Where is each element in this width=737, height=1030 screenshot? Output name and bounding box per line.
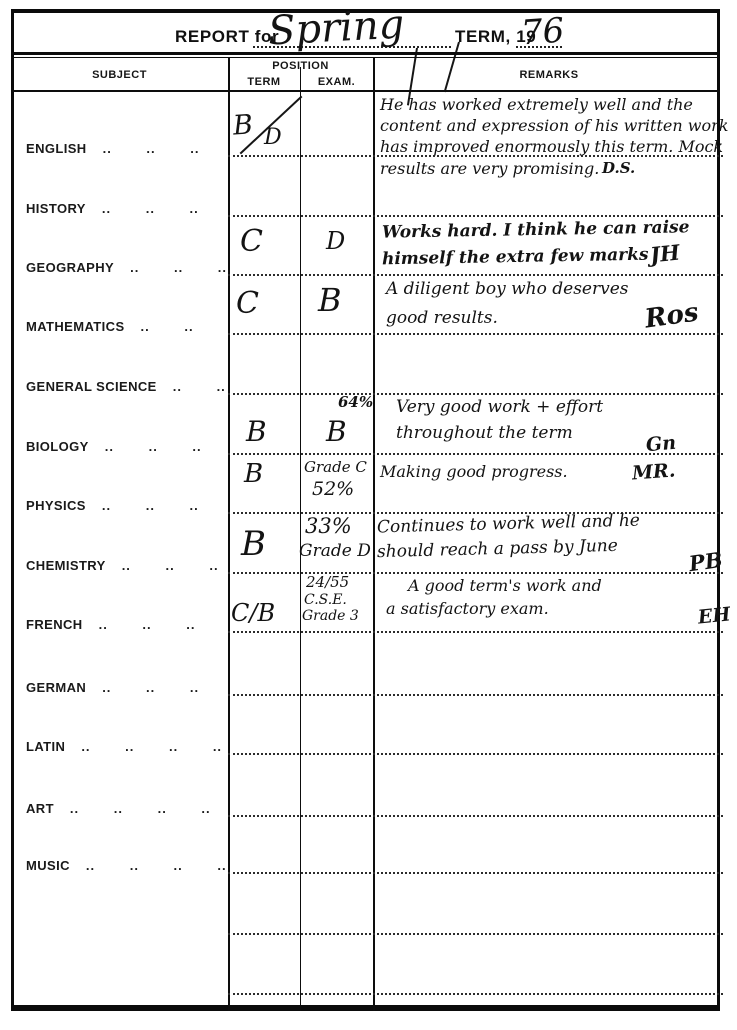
subject-column-divider (228, 58, 230, 1011)
row-separator (228, 393, 723, 395)
dot-leaders: .. .. .. (99, 617, 196, 632)
physics-exam-percentage: 52% (312, 477, 354, 502)
french-remark-line: a satisfactory exam. (386, 599, 549, 620)
subject-name: PHYSICS (26, 498, 86, 513)
dot-leaders: .. .. .. (102, 680, 199, 695)
subject-name: GENERAL SCIENCE (26, 379, 157, 394)
subject-name: LATIN (26, 739, 65, 754)
row-separator (228, 631, 723, 633)
subject-name: MATHEMATICS (26, 319, 125, 334)
geography-teacher-initials: JH (649, 239, 681, 269)
french-remark-line: A good term's work and (408, 576, 602, 597)
subject-name: MUSIC (26, 858, 70, 873)
subject-label-geography: GEOGRAPHY.. .. .. (26, 260, 227, 275)
subject-label-latin: LATIN.. .. .. .. (26, 739, 222, 754)
subject-name: GERMAN (26, 680, 86, 695)
geography-exam-grade: D (326, 226, 345, 257)
english-exam-grade-d: D (264, 124, 282, 153)
handwritten-year: 76 (520, 9, 566, 56)
subject-label-history: HISTORY.. .. .. (26, 201, 199, 216)
french-exam-score: 24/55 (306, 573, 349, 593)
chemistry-term-grade: B (241, 522, 266, 566)
subject-label-mathematics: MATHEMATICS.. .. (26, 319, 194, 334)
chemistry-exam-percentage: 33% (305, 513, 352, 540)
english-remark-line: He has worked extremely well and the (380, 95, 693, 116)
dot-leaders: .. .. .. (102, 201, 199, 216)
dot-leaders: .. .. (173, 379, 226, 394)
english-remark-line: has improved enormously this term. Mock (380, 137, 723, 158)
report-for-label: REPORT for (175, 27, 279, 47)
physics-remark-line: Making good progress. (380, 462, 568, 483)
exam-column-header: EXAM. (300, 76, 373, 88)
french-teacher-initials: EH (697, 602, 732, 630)
biology-term-grade: B (246, 414, 267, 450)
english-remark-line: results are very promising. (380, 159, 599, 180)
dot-leaders: .. .. .. .. (70, 801, 211, 816)
row-separator (228, 993, 723, 995)
chemistry-teacher-initials: PB (687, 546, 724, 578)
handwritten-term-season: Spring (267, 0, 406, 58)
biology-remark-line: Very good work + effort (396, 396, 603, 418)
dot-leaders: .. .. .. .. (86, 858, 227, 873)
dot-leaders: .. .. (141, 319, 194, 334)
english-teacher-initials: D.S. (602, 159, 635, 179)
dot-leaders: .. .. .. (130, 260, 227, 275)
dot-leaders: .. .. .. (105, 439, 202, 454)
mathematics-exam-grade: B (318, 280, 342, 322)
biology-remark-line: throughout the term (396, 422, 573, 444)
subject-name: ENGLISH (26, 141, 87, 156)
subject-label-chemistry: CHEMISTRY.. .. .. (26, 558, 219, 573)
physics-teacher-initials: MR. (631, 459, 676, 487)
dot-leaders: .. .. .. (122, 558, 219, 573)
row-separator (228, 274, 723, 276)
english-term-grade-b: B (232, 107, 254, 143)
french-term-grade: C/B (231, 598, 275, 629)
biology-exam-percentage: 64% (338, 393, 373, 413)
subject-name: FRENCH (26, 617, 83, 632)
row-separator (228, 694, 723, 696)
subject-label-biology: BIOLOGY.. .. .. (26, 439, 202, 454)
physics-exam-grade: Grade C (304, 458, 367, 478)
subject-name: HISTORY (26, 201, 86, 216)
term-exam-divider (300, 67, 301, 1011)
subject-label-french: FRENCH.. .. .. (26, 617, 195, 632)
subject-label-general-science: GENERAL SCIENCE.. .. (26, 379, 226, 394)
mathematics-remark-line: good results. (386, 307, 498, 329)
year-blank-line (516, 46, 562, 48)
biology-teacher-initials: Gn (645, 431, 677, 458)
dot-leaders: .. .. .. .. (81, 739, 222, 754)
row-separator (228, 872, 723, 874)
subject-name: ART (26, 801, 54, 816)
subject-name: GEOGRAPHY (26, 260, 114, 275)
geography-remark-line: himself the extra few marks (382, 244, 649, 271)
subject-label-music: MUSIC.. .. .. .. (26, 858, 227, 873)
double-rule-thin (11, 57, 720, 58)
row-separator (228, 572, 723, 574)
mathematics-remark-line: A diligent boy who deserves (386, 278, 629, 300)
remarks-column-header: REMARKS (373, 69, 725, 81)
dot-leaders: .. .. .. (102, 498, 199, 513)
double-rule-thick (11, 52, 720, 55)
english-remark-line: content and expression of his written wo… (380, 116, 728, 137)
report-card-page: REPORT for Spring TERM, 19 76 SUBJECT PO… (0, 0, 737, 1030)
subject-name: CHEMISTRY (26, 558, 106, 573)
exam-remarks-divider (373, 58, 375, 1011)
chemistry-exam-grade: Grade D (299, 540, 371, 562)
subject-label-art: ART.. .. .. .. (26, 801, 211, 816)
subject-name: BIOLOGY (26, 439, 89, 454)
dot-leaders: .. .. .. (103, 141, 200, 156)
physics-term-grade: B (244, 458, 263, 492)
mathematics-term-grade: C (236, 284, 259, 323)
biology-exam-grade: B (326, 414, 347, 450)
row-separator (228, 933, 723, 935)
table-header-bottom-rule (11, 90, 720, 92)
term-column-header: TERM (228, 76, 300, 88)
subject-column-header: SUBJECT (11, 69, 228, 81)
row-separator (228, 815, 723, 817)
subject-label-english: ENGLISH.. .. .. (26, 141, 200, 156)
subject-label-physics: PHYSICS.. .. .. (26, 498, 199, 513)
row-separator (228, 753, 723, 755)
geography-term-grade: C (240, 222, 263, 261)
french-exam-grade: Grade 3 (302, 607, 359, 625)
position-column-header: POSITION (228, 60, 373, 72)
subject-label-german: GERMAN.. .. .. (26, 680, 199, 695)
